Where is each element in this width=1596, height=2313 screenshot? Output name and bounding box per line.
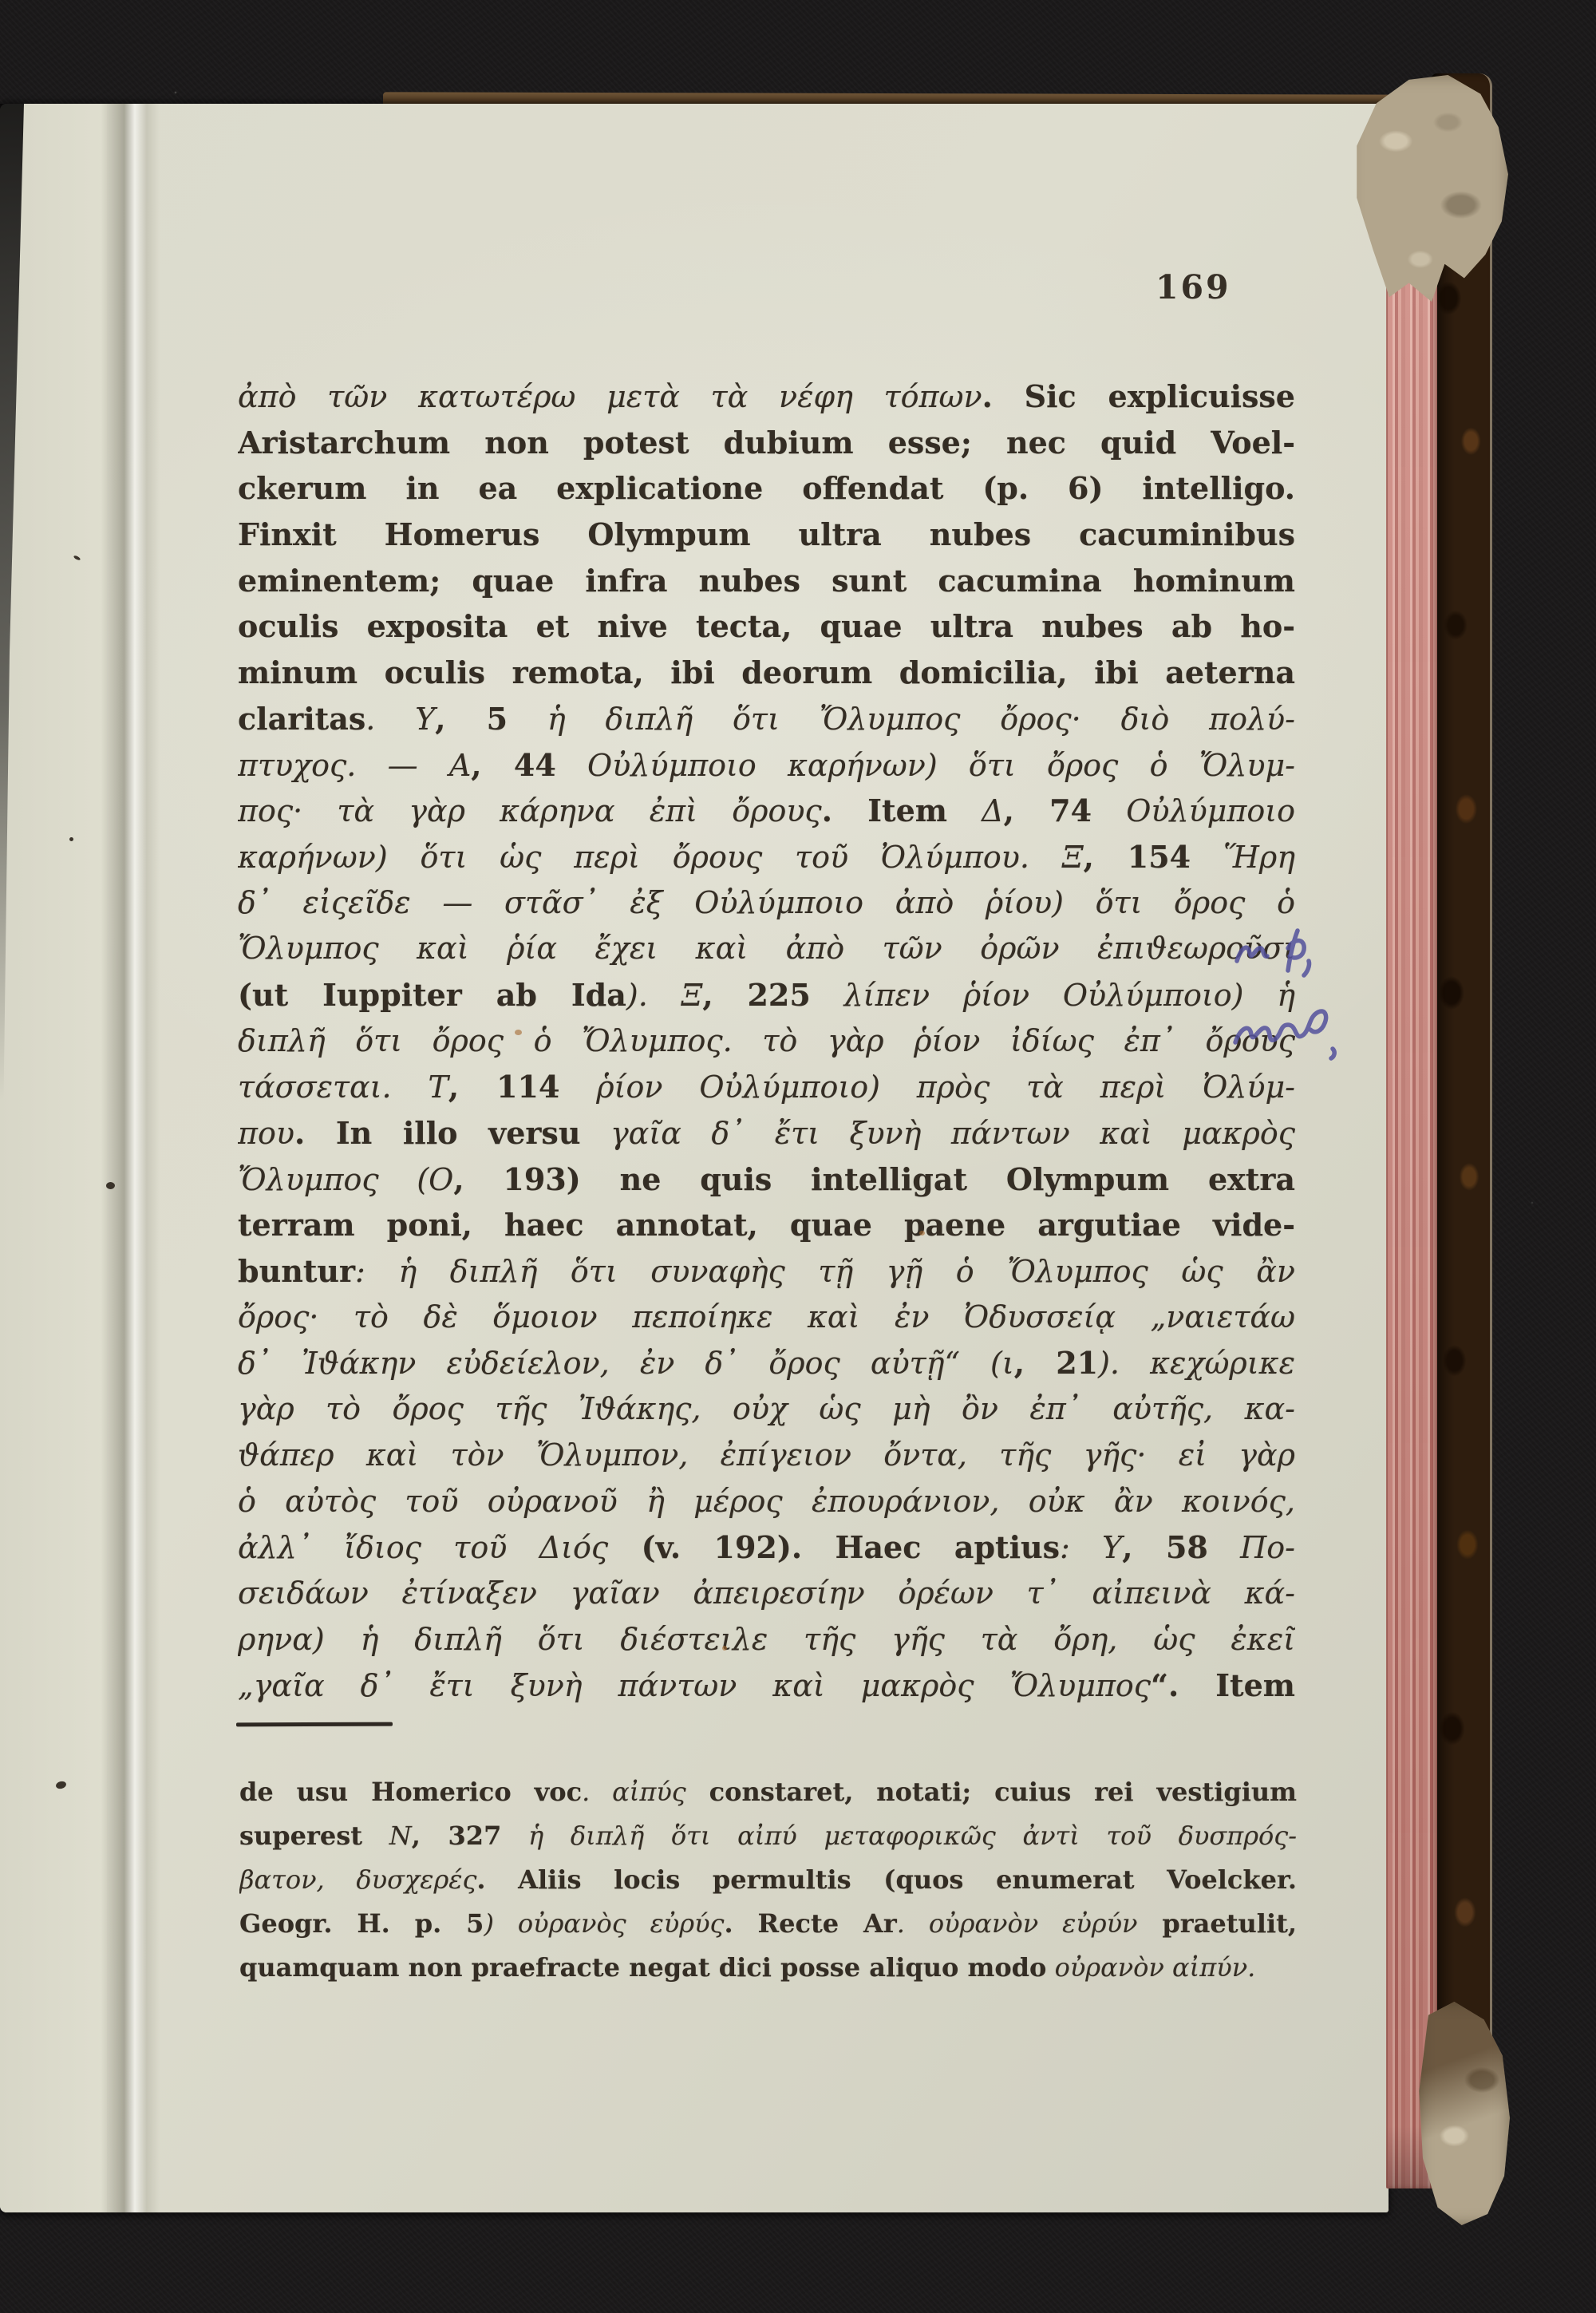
text-line: ϑάπερ καὶ τὸν Ὄλυμπον, ἐπίγειον ὄντα, τῆ…: [238, 1433, 1295, 1479]
footnote-line: superest Ν, 327 ἡ διπλῆ ὅτι αἰπύ μεταφορ…: [239, 1814, 1297, 1858]
text-line: minum oculis remota, ibi deorum domicili…: [238, 650, 1295, 696]
book-cover-board: [1431, 73, 1492, 2117]
scanned-book-page: { "document": { "page_number": "169", "b…: [0, 0, 1596, 2313]
ink-speck: [69, 837, 73, 841]
text-line: δ᾽ Ἰϑάκην εὐδείελον, ἐν δ᾽ ὄρος αὐτῇ“ (ι…: [238, 1340, 1295, 1386]
text-line: buntur: ἡ διπλῆ ὅτι συναφὴς τῇ γῇ ὁ Ὄλυμ…: [238, 1248, 1295, 1295]
underlying-page-edge: [0, 104, 107, 2212]
text-line: ckerum in ea explicatione offendat (p. 6…: [238, 465, 1295, 512]
text-line: Ὄλυμπος (Ο, 193) ne quis intelligat Olym…: [238, 1156, 1295, 1203]
page-fore-edge: [1386, 112, 1437, 2188]
main-text-block: ἀπὸ τῶν κατωτέρω μετὰ τὰ νέφη τόπων. Sic…: [238, 374, 1295, 1709]
text-line: τάσσεται. Τ, 114 ῥίον Οὐλύμποιο) πρὸς τὰ…: [238, 1064, 1295, 1110]
footnote-block: de usu Homerico voc. αἰπύς constaret, no…: [239, 1770, 1297, 1990]
text-line: καρήνων) ὅτι ὡς περὶ ὄρους τοῦ Ὀλύμπου. …: [238, 834, 1295, 880]
text-line: Finxit Homerus Olympum ultra nubes cacum…: [238, 512, 1295, 558]
text-line: διπλῆ ὅτι ὄρος ὁ Ὄλυμπος. τὸ γὰρ ῥίον ἰδ…: [238, 1018, 1295, 1065]
fox-spot: [515, 1030, 522, 1035]
text-line: ἀπὸ τῶν κατωτέρω μετὰ τὰ νέφη τόπων. Sic…: [238, 374, 1295, 420]
text-line: ἀλλ᾽ ἴδιος τοῦ Διός (v. 192). Haec aptiu…: [238, 1524, 1295, 1571]
text-line: γὰρ τὸ ὄρος τῆς Ἰϑάκης, οὐχ ὡς μὴ ὂν ἐπ᾽…: [238, 1386, 1295, 1433]
ink-speck: [106, 1182, 115, 1189]
footnote-line: quamquam non praefracte negat dici posse…: [239, 1946, 1297, 1990]
text-line: δ᾽ εἰςεῖδε — στᾶσ᾽ ἐξ Οὐλύμποιο ἀπὸ ῥίου…: [238, 880, 1295, 927]
text-line: oculis exposita et nive tecta, quae ultr…: [238, 603, 1295, 650]
page-number: 169: [1156, 268, 1231, 306]
text-line: eminentem; quae infra nubes sunt cacumin…: [238, 558, 1295, 604]
text-line: „γαῖα δ᾽ ἔτι ξυνὴ πάντων καὶ μακρὸς Ὄλυμ…: [238, 1663, 1295, 1709]
text-line: terram poni, haec annotat, quae paene ar…: [238, 1202, 1295, 1248]
text-line: ὄρος· τὸ δὲ ὅμοιον πεποίηκε καὶ ἐν Ὀδυσσ…: [238, 1295, 1295, 1341]
footnote-separator-rule: [236, 1722, 393, 1727]
footnote-line: βατον, δυσχερές. Aliis locis permultis (…: [239, 1858, 1297, 1902]
footnote-line: Geogr. H. p. 5) οὐρανὸς εὐρύς. Recte Ar.…: [239, 1902, 1297, 1946]
text-line: (ut Iuppiter ab Ida). Ξ, 225 λίπεν ῥίον …: [238, 972, 1295, 1018]
text-line: πος· τὰ γὰρ κάρηνα ἐπὶ ὄρους. Item Δ, 74…: [238, 788, 1295, 834]
text-line: claritas. Υ, 5 ἡ διπλῆ ὅτι Ὄλυμπος ὄρος·…: [238, 696, 1295, 742]
text-line: που. In illo versu γαῖα δ᾽ ἔτι ξυνὴ πάντ…: [238, 1110, 1295, 1156]
text-line: πτυχος. — Α, 44 Οὐλύμποιο καρήνων) ὅτι ὄ…: [238, 742, 1295, 789]
fox-spot: [919, 1231, 925, 1236]
page-gutter-crease: [101, 104, 160, 2212]
text-line: Aristarchum non potest dubium esse; nec …: [238, 420, 1295, 466]
footnote-line: de usu Homerico voc. αἰπύς constaret, no…: [239, 1770, 1297, 1814]
text-line: σειδάων ἐτίναξεν γαῖαν ἀπειρεσίην ὀρέων …: [238, 1571, 1295, 1617]
text-line: ὁ αὐτὸς τοῦ οὐρανοῦ ἢ μέρος ἐπουράνιον, …: [238, 1479, 1295, 1525]
fox-spot: [722, 1646, 727, 1651]
handwritten-marginalia: [1231, 908, 1398, 1076]
text-line: Ὄλυμπος καὶ ῥία ἔχει καὶ ἀπὸ τῶν ὀρῶν ἐπ…: [238, 926, 1295, 972]
text-line: ρηνα) ἡ διπλῆ ὅτι διέστειλε τῆς γῆς τὰ ὄ…: [238, 1617, 1295, 1663]
